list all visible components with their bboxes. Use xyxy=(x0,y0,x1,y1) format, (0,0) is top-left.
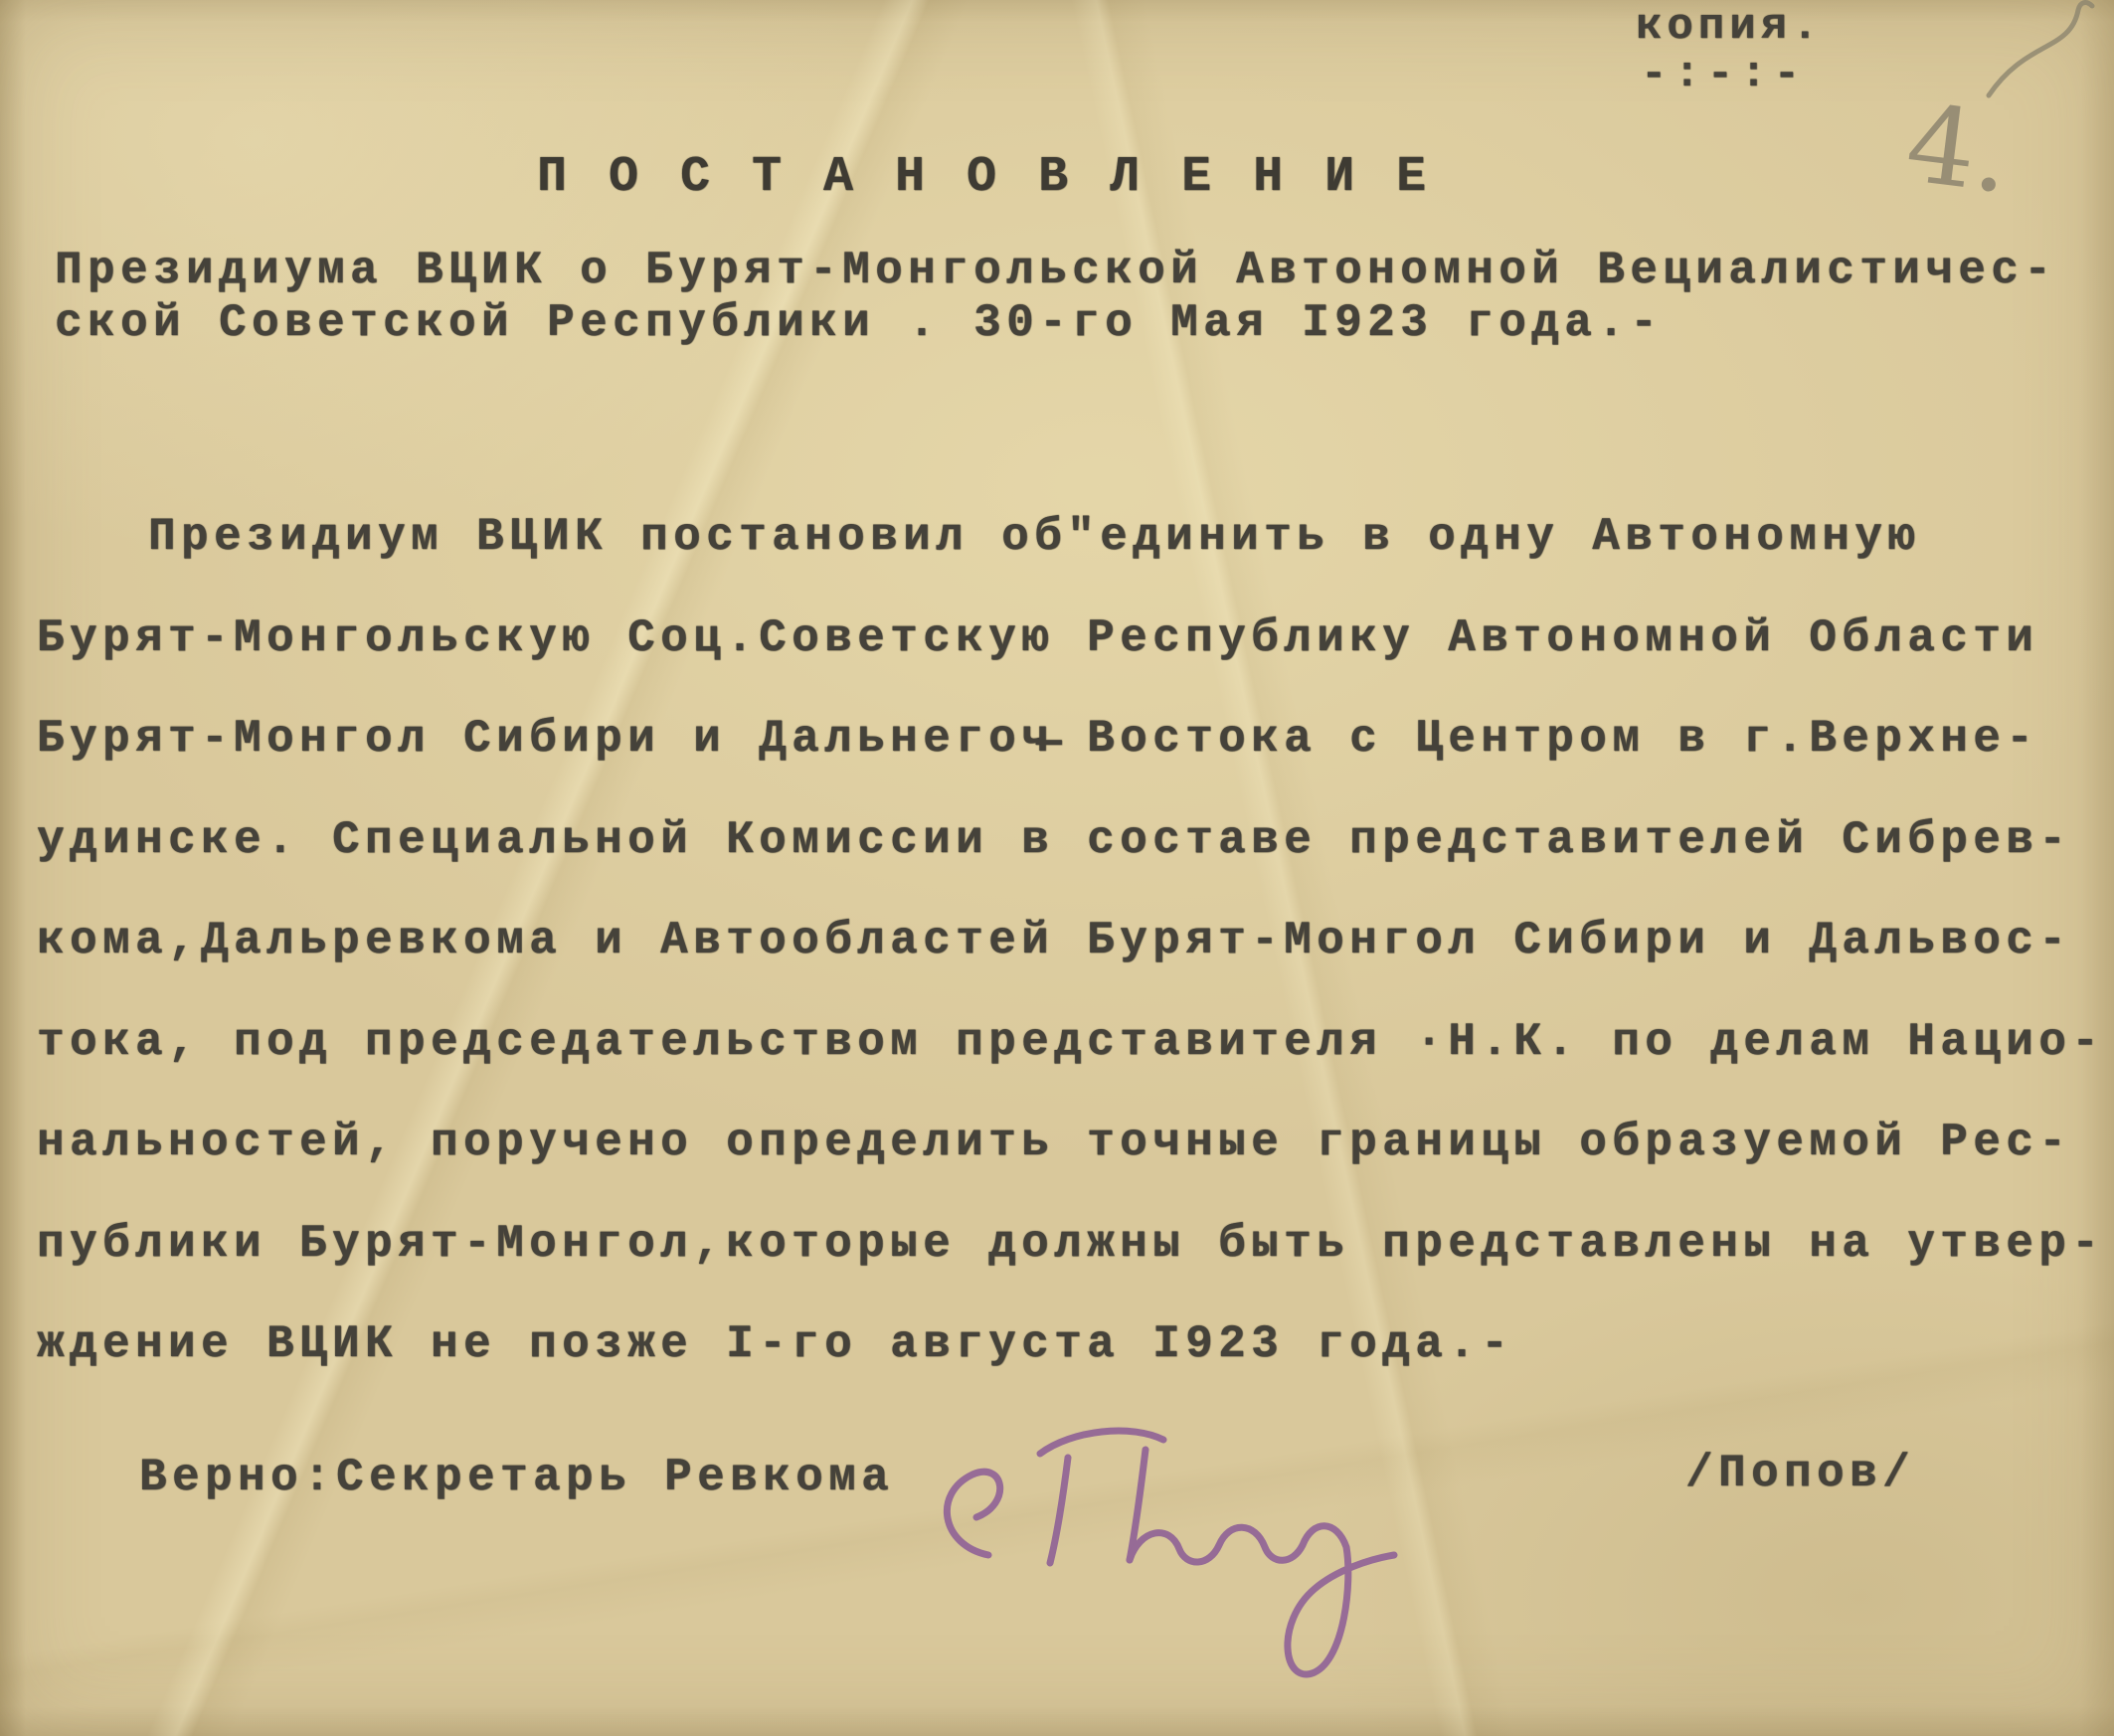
pencil-page-number: 4. xyxy=(1900,82,2018,218)
body-line: Президиум ВЦИК постановил об"единить в о… xyxy=(37,487,2104,589)
subtitle-line: Президиума ВЦИК о Бурят-Монгольской Авто… xyxy=(55,245,2056,297)
attestation-line: Верно:Секретарь Ревкома xyxy=(139,1448,894,1507)
document-page: копия. -:-:- 4. П О С Т А Н О В Л Е Н И … xyxy=(0,0,2114,1736)
document-body: Президиум ВЦИК постановил об"единить в о… xyxy=(37,487,2104,1396)
copy-stamp-divider: -:-:- xyxy=(1641,50,1807,99)
body-line: кома,Дальревкома и Автообластей Бурят-Мо… xyxy=(37,891,2104,992)
body-line: нальностей, поручено определить точные г… xyxy=(37,1093,2104,1194)
body-line: Бурят-Монгольскую Соц.Советскую Республи… xyxy=(37,589,2104,690)
typed-signature-name: /Попов/ xyxy=(1685,1444,1915,1503)
document-subtitle: Президиума ВЦИК о Бурят-Монгольской Авто… xyxy=(55,245,2056,350)
pencil-corner-stroke-icon xyxy=(1975,0,2114,99)
body-line: публики Бурят-Монгол,которые должны быть… xyxy=(37,1194,2104,1296)
body-line: Бурят-Монгол Сибири и Дальнегоч̶ Востока… xyxy=(37,689,2104,790)
copy-stamp: копия. xyxy=(1636,2,1823,52)
body-line: удинске. Специальной Комиссии в составе … xyxy=(37,790,2104,892)
body-line: тока, под председательством представител… xyxy=(37,992,2104,1094)
handwritten-signature-popov xyxy=(923,1344,1519,1722)
document-title: П О С Т А Н О В Л Е Н И Е xyxy=(537,149,1432,206)
subtitle-line: ской Советской Республики . 30-го Мая I9… xyxy=(55,297,2056,350)
